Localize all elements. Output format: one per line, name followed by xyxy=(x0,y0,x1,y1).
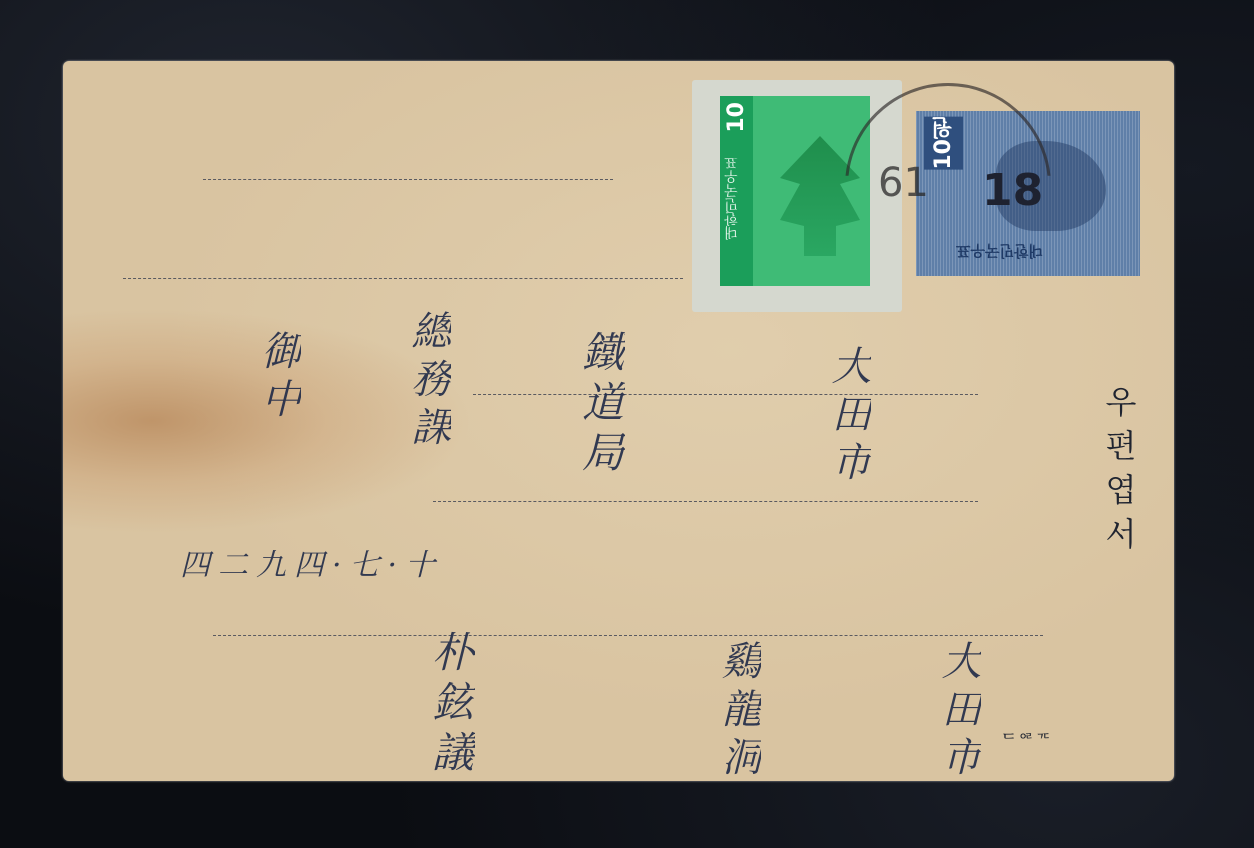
postmark-date: 61 xyxy=(878,160,929,206)
address-guide-line xyxy=(123,278,683,279)
printed-code: ᄃᄋᄅᄀᄃ xyxy=(1000,728,1052,754)
stamp-value: 10 xyxy=(724,102,749,133)
handwritten-sender-line: 大田市 xyxy=(930,640,987,784)
handwritten-address-line: 總務課 xyxy=(400,310,457,454)
handwritten-date: 四二九四·七·十 xyxy=(180,540,443,584)
card-label: 우편엽서 xyxy=(1096,385,1142,561)
handwritten-address-line: 大田市 xyxy=(820,345,877,489)
address-guide-line xyxy=(473,394,978,395)
handwritten-address-line: 鐵道局 xyxy=(570,330,630,480)
handwritten-sender-line: 鷄龍洞 xyxy=(710,640,767,784)
green-pagoda-stamp: 10 대한민국우표 xyxy=(692,80,902,312)
address-guide-line xyxy=(213,635,1043,636)
handwritten-address-line: 御中 xyxy=(250,330,307,426)
handwritten-sender-line: 朴鉉議 xyxy=(420,630,480,780)
address-guide-line xyxy=(433,501,978,502)
surcharge-value: 18 xyxy=(982,165,1043,216)
address-guide-line xyxy=(203,179,613,180)
indicia-text: 대한민국우표 xyxy=(956,241,1043,262)
pagoda-icon xyxy=(780,136,860,256)
stamp-text: 대한민국우표 xyxy=(722,156,742,240)
